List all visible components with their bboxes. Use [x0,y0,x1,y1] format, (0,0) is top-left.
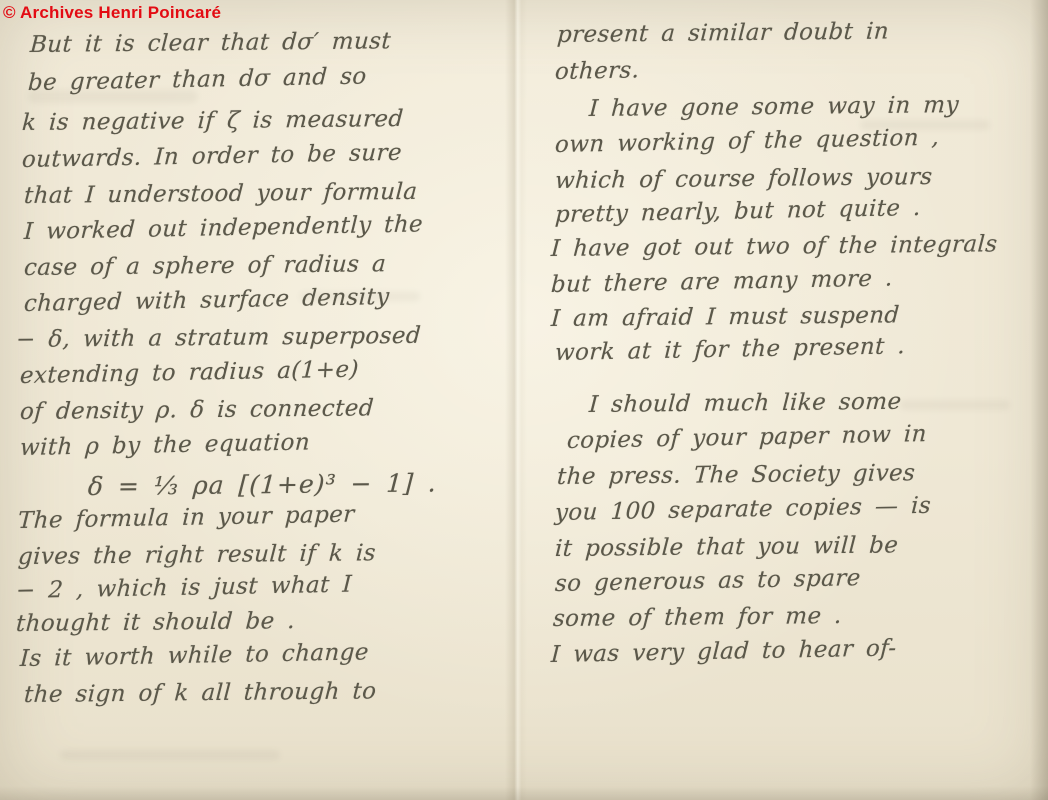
handwriting-line: I have got out two of the integrals [550,231,998,262]
handwriting-line: case of a sphere of radius a [23,251,387,281]
handwriting-equation: δ = ⅓ ρa [(1+e)³ − 1] . [87,468,438,501]
handwriting-line: thought it should be . [15,608,296,637]
handwriting-line: charged with surface density [23,284,390,317]
handwriting-line: outwards. In order to be sure [21,140,402,173]
handwriting-line: I was very glad to hear of- [550,635,897,668]
handwriting-line: be greater than dσ and so [27,63,367,96]
handwriting-line: I have gone some way in my [588,92,959,122]
handwriting-line: − δ, with a stratum superposed [15,323,422,353]
handwriting-line: you 100 separate copies — is [554,493,931,526]
handwriting-line: I should much like some [588,389,902,418]
letter-scan: © Archives Henri Poincaré But it is clea… [0,0,1048,800]
letter-page-right: present a similar doubt in others. I hav… [527,0,1048,800]
handwriting-line: others. [554,57,640,85]
handwriting-line: work at it for the present . [554,333,905,366]
handwriting-line: extending to radius a(1+e) [19,356,359,389]
handwriting-line: pretty nearly, but not quite . [554,195,921,228]
handwriting-line: it possible that you will be [554,532,899,562]
handwriting-line: k is negative if ζ is measured [21,106,404,136]
letter-page-left: But it is clear that dσ′ must be greater… [0,0,505,800]
handwriting-line: I worked out independently the [23,211,423,245]
handwriting-line: But it is clear that dσ′ must [29,28,392,58]
handwriting-line: that I understood your formula [23,179,418,209]
handwriting-line: Is it worth while to change [19,639,369,672]
handwriting-line: with ρ by the equation [19,429,310,461]
handwriting-line: so generous as to spare [554,565,861,597]
handwriting-line: copies of your paper now in [566,421,927,454]
handwriting-line: the sign of k all through to [23,678,377,708]
handwriting-line: − 2 , which is just what I [15,572,352,604]
handwriting-line: I am afraid I must suspend [550,302,900,332]
handwriting-line: of density ρ. δ is connected [19,395,374,425]
handwriting-line: own working of the question , [554,125,940,158]
handwriting-line: which of course follows yours [554,164,933,194]
handwriting-line: but there are many more . [550,265,893,298]
page-fold-seam [505,0,527,800]
handwriting-line: present a similar doubt in [556,19,890,48]
handwriting-line: the press. The Society gives [556,460,916,490]
handwriting-line: gives the right result if k is [17,540,376,570]
handwriting-line: The formula in your paper [17,502,355,534]
handwriting-line: some of them for me . [552,603,842,632]
